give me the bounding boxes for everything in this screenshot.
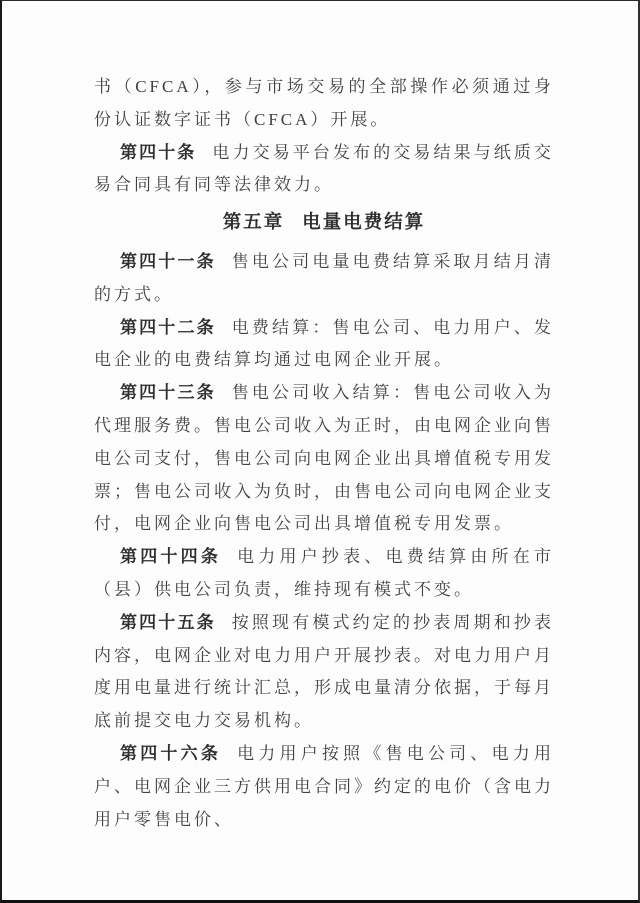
article-paragraph-41: 第四十一条售电公司电量电费结算采取月结月清的方式。 xyxy=(94,246,554,312)
article-term: 第四十四条 xyxy=(120,547,221,566)
paragraph-continuation: 书（CFCA），参与市场交易的全部操作必须通过身份认证数字证书（CFCA）开展。 xyxy=(94,71,554,137)
article-paragraph-46: 第四十六条电力用户按照《售电公司、电力用户、电网企业三方供用电合同》约定的电价（… xyxy=(94,738,554,836)
article-term: 第四十条 xyxy=(120,143,196,162)
article-text: 售电公司收入结算：售电公司收入为代理服务费。售电公司收入为正时，由电网企业向售电… xyxy=(94,383,554,533)
article-paragraph-40: 第四十条电力交易平台发布的交易结果与纸质交易合同具有同等法律效力。 xyxy=(94,137,554,203)
paragraph-text: 书（CFCA），参与市场交易的全部操作必须通过身份认证数字证书（CFCA）开展。 xyxy=(94,77,554,129)
article-term: 第四十二条 xyxy=(120,318,216,337)
article-paragraph-44: 第四十四条电力用户抄表、电费结算由所在市（县）供电公司负责，维持现有模式不变。 xyxy=(94,541,554,607)
article-paragraph-42: 第四十二条电费结算：售电公司、电力用户、发电企业的电费结算均通过电网企业开展。 xyxy=(94,312,554,378)
article-paragraph-45: 第四十五条按照现有模式约定的抄表周期和抄表内容，电网企业对电力用户开展抄表。对电… xyxy=(94,607,554,738)
chapter-number: 第五章 xyxy=(223,213,285,233)
article-term: 第四十一条 xyxy=(120,252,216,271)
document-page: 书（CFCA），参与市场交易的全部操作必须通过身份认证数字证书（CFCA）开展。… xyxy=(0,0,640,903)
chapter-title: 电量电费结算 xyxy=(302,213,425,233)
chapter-heading: 第五章电量电费结算 xyxy=(94,207,554,240)
article-paragraph-43: 第四十三条售电公司收入结算：售电公司收入为代理服务费。售电公司收入为正时，由电网… xyxy=(94,377,554,541)
article-term: 第四十六条 xyxy=(120,744,221,763)
document-content: 书（CFCA），参与市场交易的全部操作必须通过身份认证数字证书（CFCA）开展。… xyxy=(2,1,638,836)
article-term: 第四十五条 xyxy=(120,613,216,632)
article-term: 第四十三条 xyxy=(120,383,216,402)
